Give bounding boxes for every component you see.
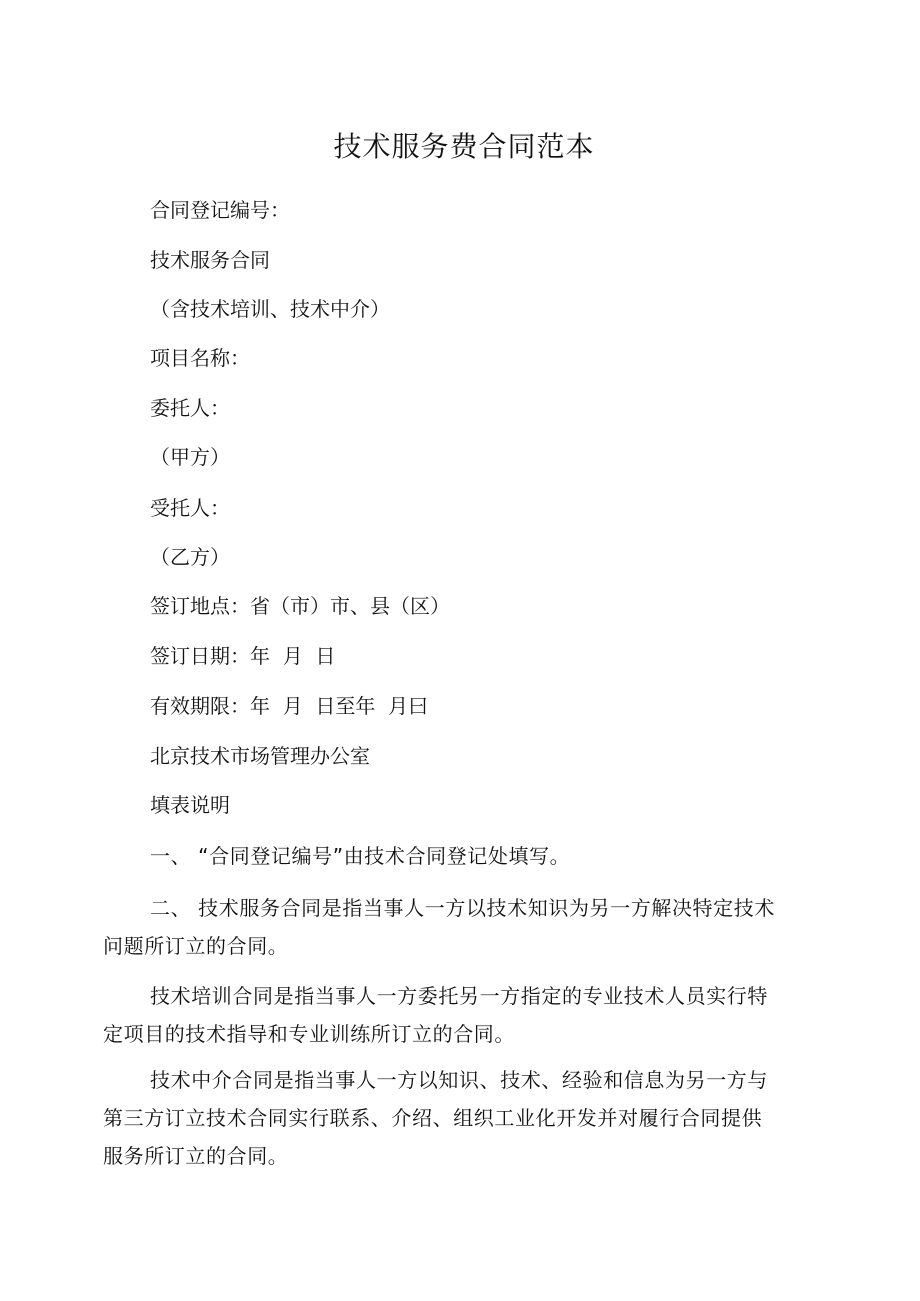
document-title: 技术服务费合同范本 (0, 128, 920, 166)
party-a-label: （甲方） (150, 443, 230, 471)
party-b-label: （乙方） (150, 543, 230, 571)
project-name-label: 项目名称： (150, 344, 250, 372)
instruction-intermediary-contract: 技术中介合同是指当事人一方以知识、技术、经验和信息为另一方与第三方订立技术合同实… (103, 1061, 775, 1175)
document-page: 技术服务费合同范本 合同登记编号： 技术服务合同 （含技术培训、技术中介） 项目… (0, 0, 920, 1301)
instruction-training-contract: 技术培训合同是指当事人一方委托另一方指定的专业技术人员实行特定项目的技术指导和专… (103, 977, 775, 1053)
validity-period-label: 有效期限：年 月 日至年 月曰 (150, 692, 428, 720)
contractor-label: 受托人： (150, 494, 230, 522)
issuing-office: 北京技术市场管理办公室 (150, 742, 370, 770)
signing-date-label: 签订日期：年 月 日 (150, 642, 335, 670)
contract-registration-number-label: 合同登记编号： (150, 196, 290, 224)
instruction-item-1: 一、 “合同登记编号”由技术合同登记处填写。 (103, 837, 775, 875)
client-label: 委托人： (150, 394, 230, 422)
instruction-item-2: 二、 技术服务合同是指当事人一方以技术知识为另一方解决特定技术问题所订立的合同。 (103, 889, 775, 965)
instructions-heading: 填表说明 (150, 791, 230, 819)
contract-type-heading: 技术服务合同 (150, 246, 270, 274)
signing-location-label: 签订地点：省（市）市、县（区） (150, 592, 450, 620)
contract-scope-note: （含技术培训、技术中介） (150, 295, 390, 323)
